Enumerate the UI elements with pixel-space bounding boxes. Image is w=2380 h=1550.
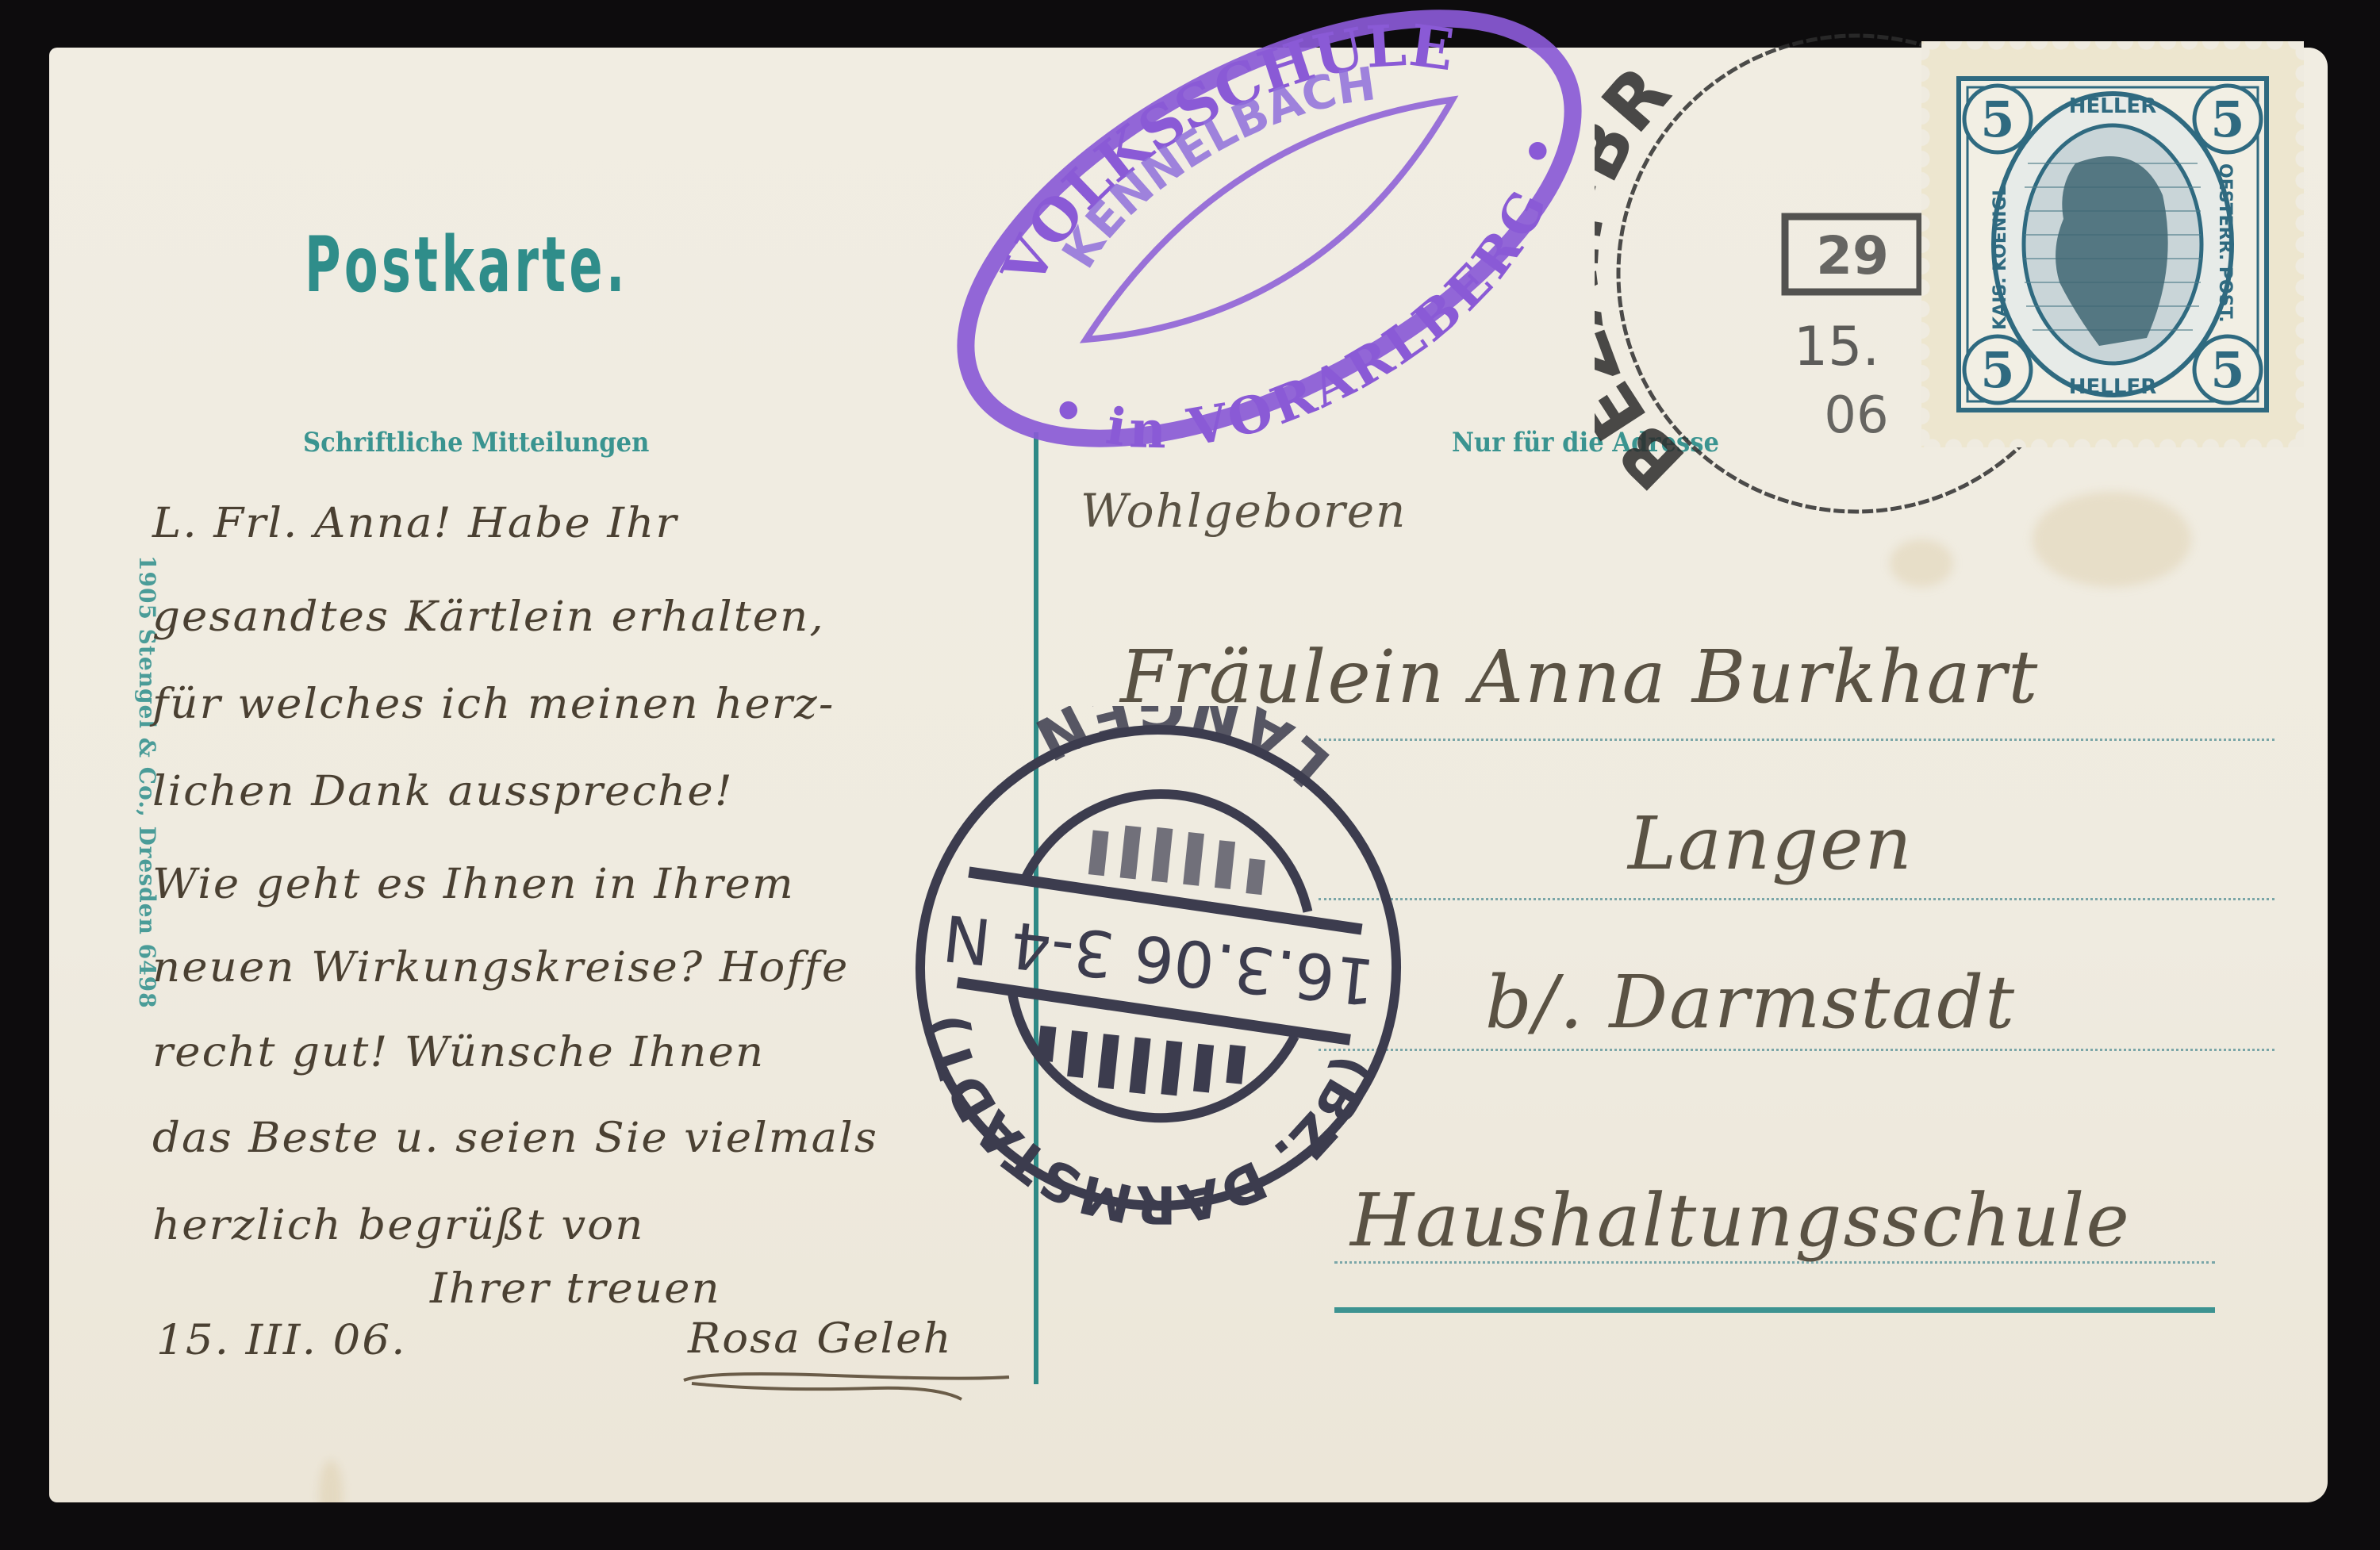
address-city: b/. Darmstadt [1485,960,2016,1045]
message-date: 15. III. 06. [156,1317,407,1364]
postage-stamp: 5 5 5 5 HELLER HELLER KAIS. KOENIGL. OES… [1921,41,2304,447]
message-closing: Ihrer treuen [430,1265,721,1313]
school-stamp: VOLKSSCHULE KENNELBACH • in VORARLBERG • [920,2,1618,455]
stamp-design: 5 5 5 5 HELLER HELLER KAIS. KOENIGL. OES… [1956,76,2269,412]
paper-stain [319,1460,343,1502]
address-line-rule [1319,1049,2274,1051]
message-line: Wie geht es Ihnen in Ihrem [152,861,795,908]
address-salutation: Wohlgeboren [1081,484,1407,538]
austrian-postmark-place: BEZAII-BR [1595,50,1701,505]
address-line-rule [1319,739,2274,741]
stamp-left-text: KAIS. KOENIGL. [1990,178,2010,330]
svg-text:BEZAII-BR: BEZAII-BR [1595,50,1701,505]
message-line: L. Frl. Anna! Habe Ihr [152,500,678,547]
message-line: lichen Dank ausspreche! [152,768,734,815]
svg-text:LANGEN: LANGEN [1019,706,1349,804]
stamp-top-text: HELLER [2069,94,2156,118]
address-line-rule [1319,898,2274,900]
paper-stain [1890,539,1953,587]
stamp-value: 5 [1980,90,2014,148]
message-line: neuen Wirkungskreise? Hoffe [152,944,849,992]
message-line: herzlich begrüßt von [152,1202,645,1249]
address-town: Langen [1628,801,1914,886]
message-line: gesandtes Kärtlein erhalten, [152,593,825,641]
stamp-value: 5 [2210,341,2244,399]
stamp-value: 5 [1980,341,2014,399]
stamp-right-text: OESTERR. POST. [2215,163,2235,323]
message-line: recht gut! Wünsche Ihnen [152,1029,765,1076]
austrian-postmark-date: 15. [1794,316,1879,378]
address-underline [1334,1307,2215,1313]
signature-flourish [676,1364,1033,1412]
german-postmark-town: LANGEN [1019,706,1349,804]
signature: Rosa Geleh [688,1315,953,1363]
address-institution: Haushaltungsschule [1350,1178,2131,1263]
message-line: das Beste u. seien Sie vielmals [152,1115,878,1162]
austrian-postmark-box: 29 [1816,225,1889,286]
stamp-bottom-text: HELLER [2069,375,2156,399]
postcard-title: Postkarte. [305,221,628,309]
message-section-label: Schriftliche Mitteilungen [303,427,649,458]
austrian-postmark-year: 06 [1824,386,1888,445]
stamp-value: 5 [2210,90,2244,148]
german-postmark: (BZ. DARMSTADT) LANGEN 16.3.06 3-4 N [896,706,1420,1230]
message-line: für welches ich meinen herz- [152,681,835,728]
